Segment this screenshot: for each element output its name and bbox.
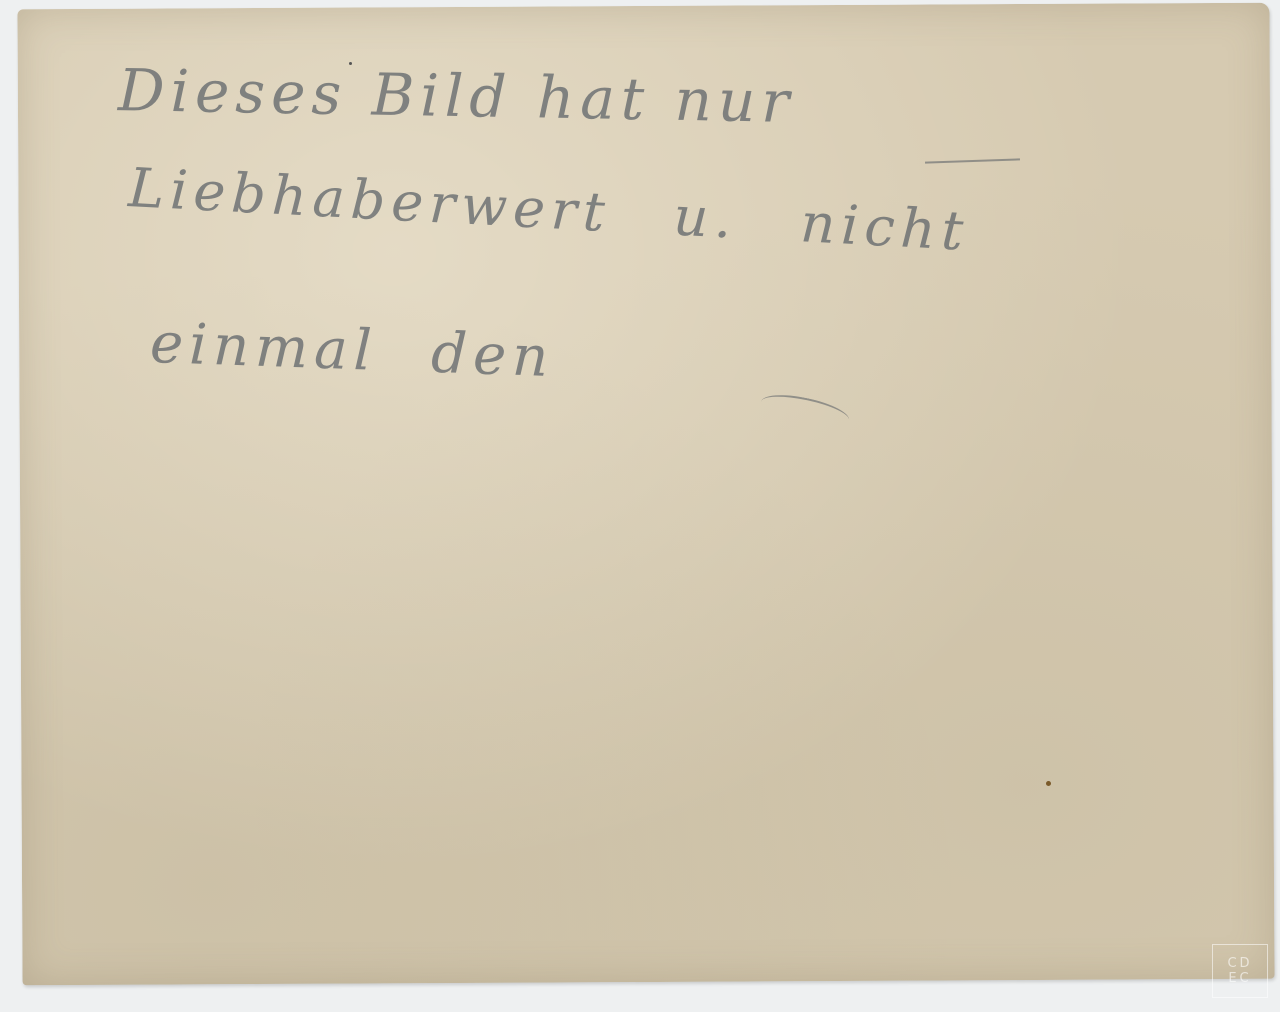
- watermark-line-1: CD: [1227, 956, 1252, 971]
- handwriting-underline: [925, 158, 1020, 163]
- paper-stain: [1046, 781, 1051, 786]
- archive-watermark-logo: CD EC: [1212, 944, 1268, 998]
- handwritten-note: Dieses Bild hat nur Liebhaberwert u. nic…: [0, 0, 1280, 1012]
- watermark-line-2: EC: [1228, 971, 1251, 986]
- handwriting-line-3: einmal den: [149, 311, 555, 390]
- paper-speck: [349, 62, 352, 65]
- handwriting-line-2: Liebhaberwert u. nicht: [127, 156, 971, 263]
- handwriting-line-1: Dieses Bild hat nur: [117, 56, 795, 136]
- handwriting-flourish: [758, 389, 851, 433]
